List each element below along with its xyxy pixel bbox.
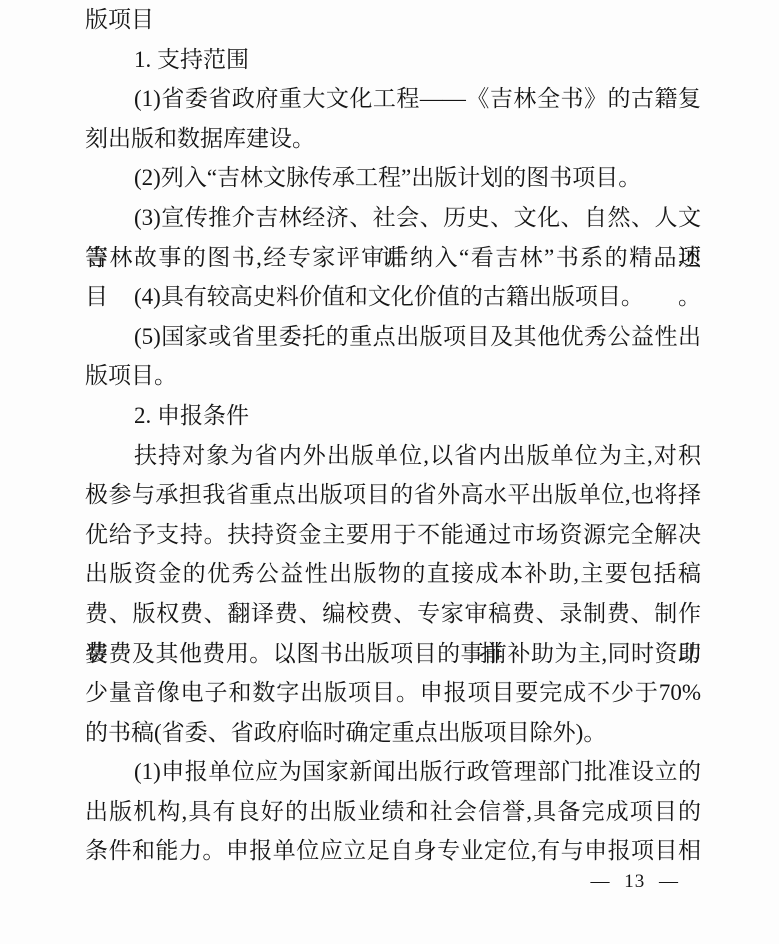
text-line: 条件和能力。申报单位应立足自身专业定位,有与申报项目相: [85, 831, 701, 871]
text-line: (2)列入“吉林文脉传承工程”出版计划的图书项目。: [85, 158, 701, 198]
document-page: 版项目1. 支持范围(1)省委省政府重大文化工程——《吉林全书》的古籍复刻出版和…: [0, 0, 779, 944]
text-line: 的书稿(省委、省政府临时确定重点出版项目除外)。: [85, 713, 701, 753]
text-line: 2. 申报条件: [85, 396, 701, 436]
text-line: 版项目: [85, 0, 701, 40]
text-line: (4)具有较高史料价值和文化价值的古籍出版项目。: [85, 277, 701, 317]
text-line: 优给予支持。扶持资金主要用于不能通过市场资源完全解决: [85, 515, 701, 555]
text-line: 极参与承担我省重点出版项目的省外高水平出版单位,也将择: [85, 475, 701, 515]
text-line: 出版资金的优秀公益性出版物的直接成本补助,主要包括稿: [85, 554, 701, 594]
text-line: 刻出版和数据库建设。: [85, 119, 701, 159]
text-line: 扶持对象为省内外出版单位,以省内出版单位为主,对积: [85, 436, 701, 476]
page-number: — 13 —: [591, 871, 680, 893]
text-line: (3)宣传推介吉林经济、社会、历史、文化、自然、人文等讲述: [85, 198, 701, 238]
text-line: 少量音像电子和数字出版项目。申报项目要完成不少于70%: [85, 673, 701, 713]
text-line: (5)国家或省里委托的重点出版项目及其他优秀公益性出: [85, 317, 701, 357]
body-text: 版项目1. 支持范围(1)省委省政府重大文化工程——《吉林全书》的古籍复刻出版和…: [85, 0, 701, 871]
text-line: 费、版权费、翻译费、编校费、专家审稿费、录制费、制作费、排印: [85, 594, 701, 634]
text-line: (1)申报单位应为国家新闻出版行政管理部门批准设立的: [85, 752, 701, 792]
text-line: 1. 支持范围: [85, 40, 701, 80]
text-line: 装费及其他费用。以图书出版项目的事前补助为主,同时资助: [85, 634, 701, 674]
text-line: 版项目。: [85, 356, 701, 396]
text-line: 吉林故事的图书,经专家评审后纳入“看吉林”书系的精品项目。: [85, 238, 701, 278]
text-line: 出版机构,具有良好的出版业绩和社会信誉,具备完成项目的: [85, 792, 701, 832]
text-line: (1)省委省政府重大文化工程——《吉林全书》的古籍复: [85, 79, 701, 119]
